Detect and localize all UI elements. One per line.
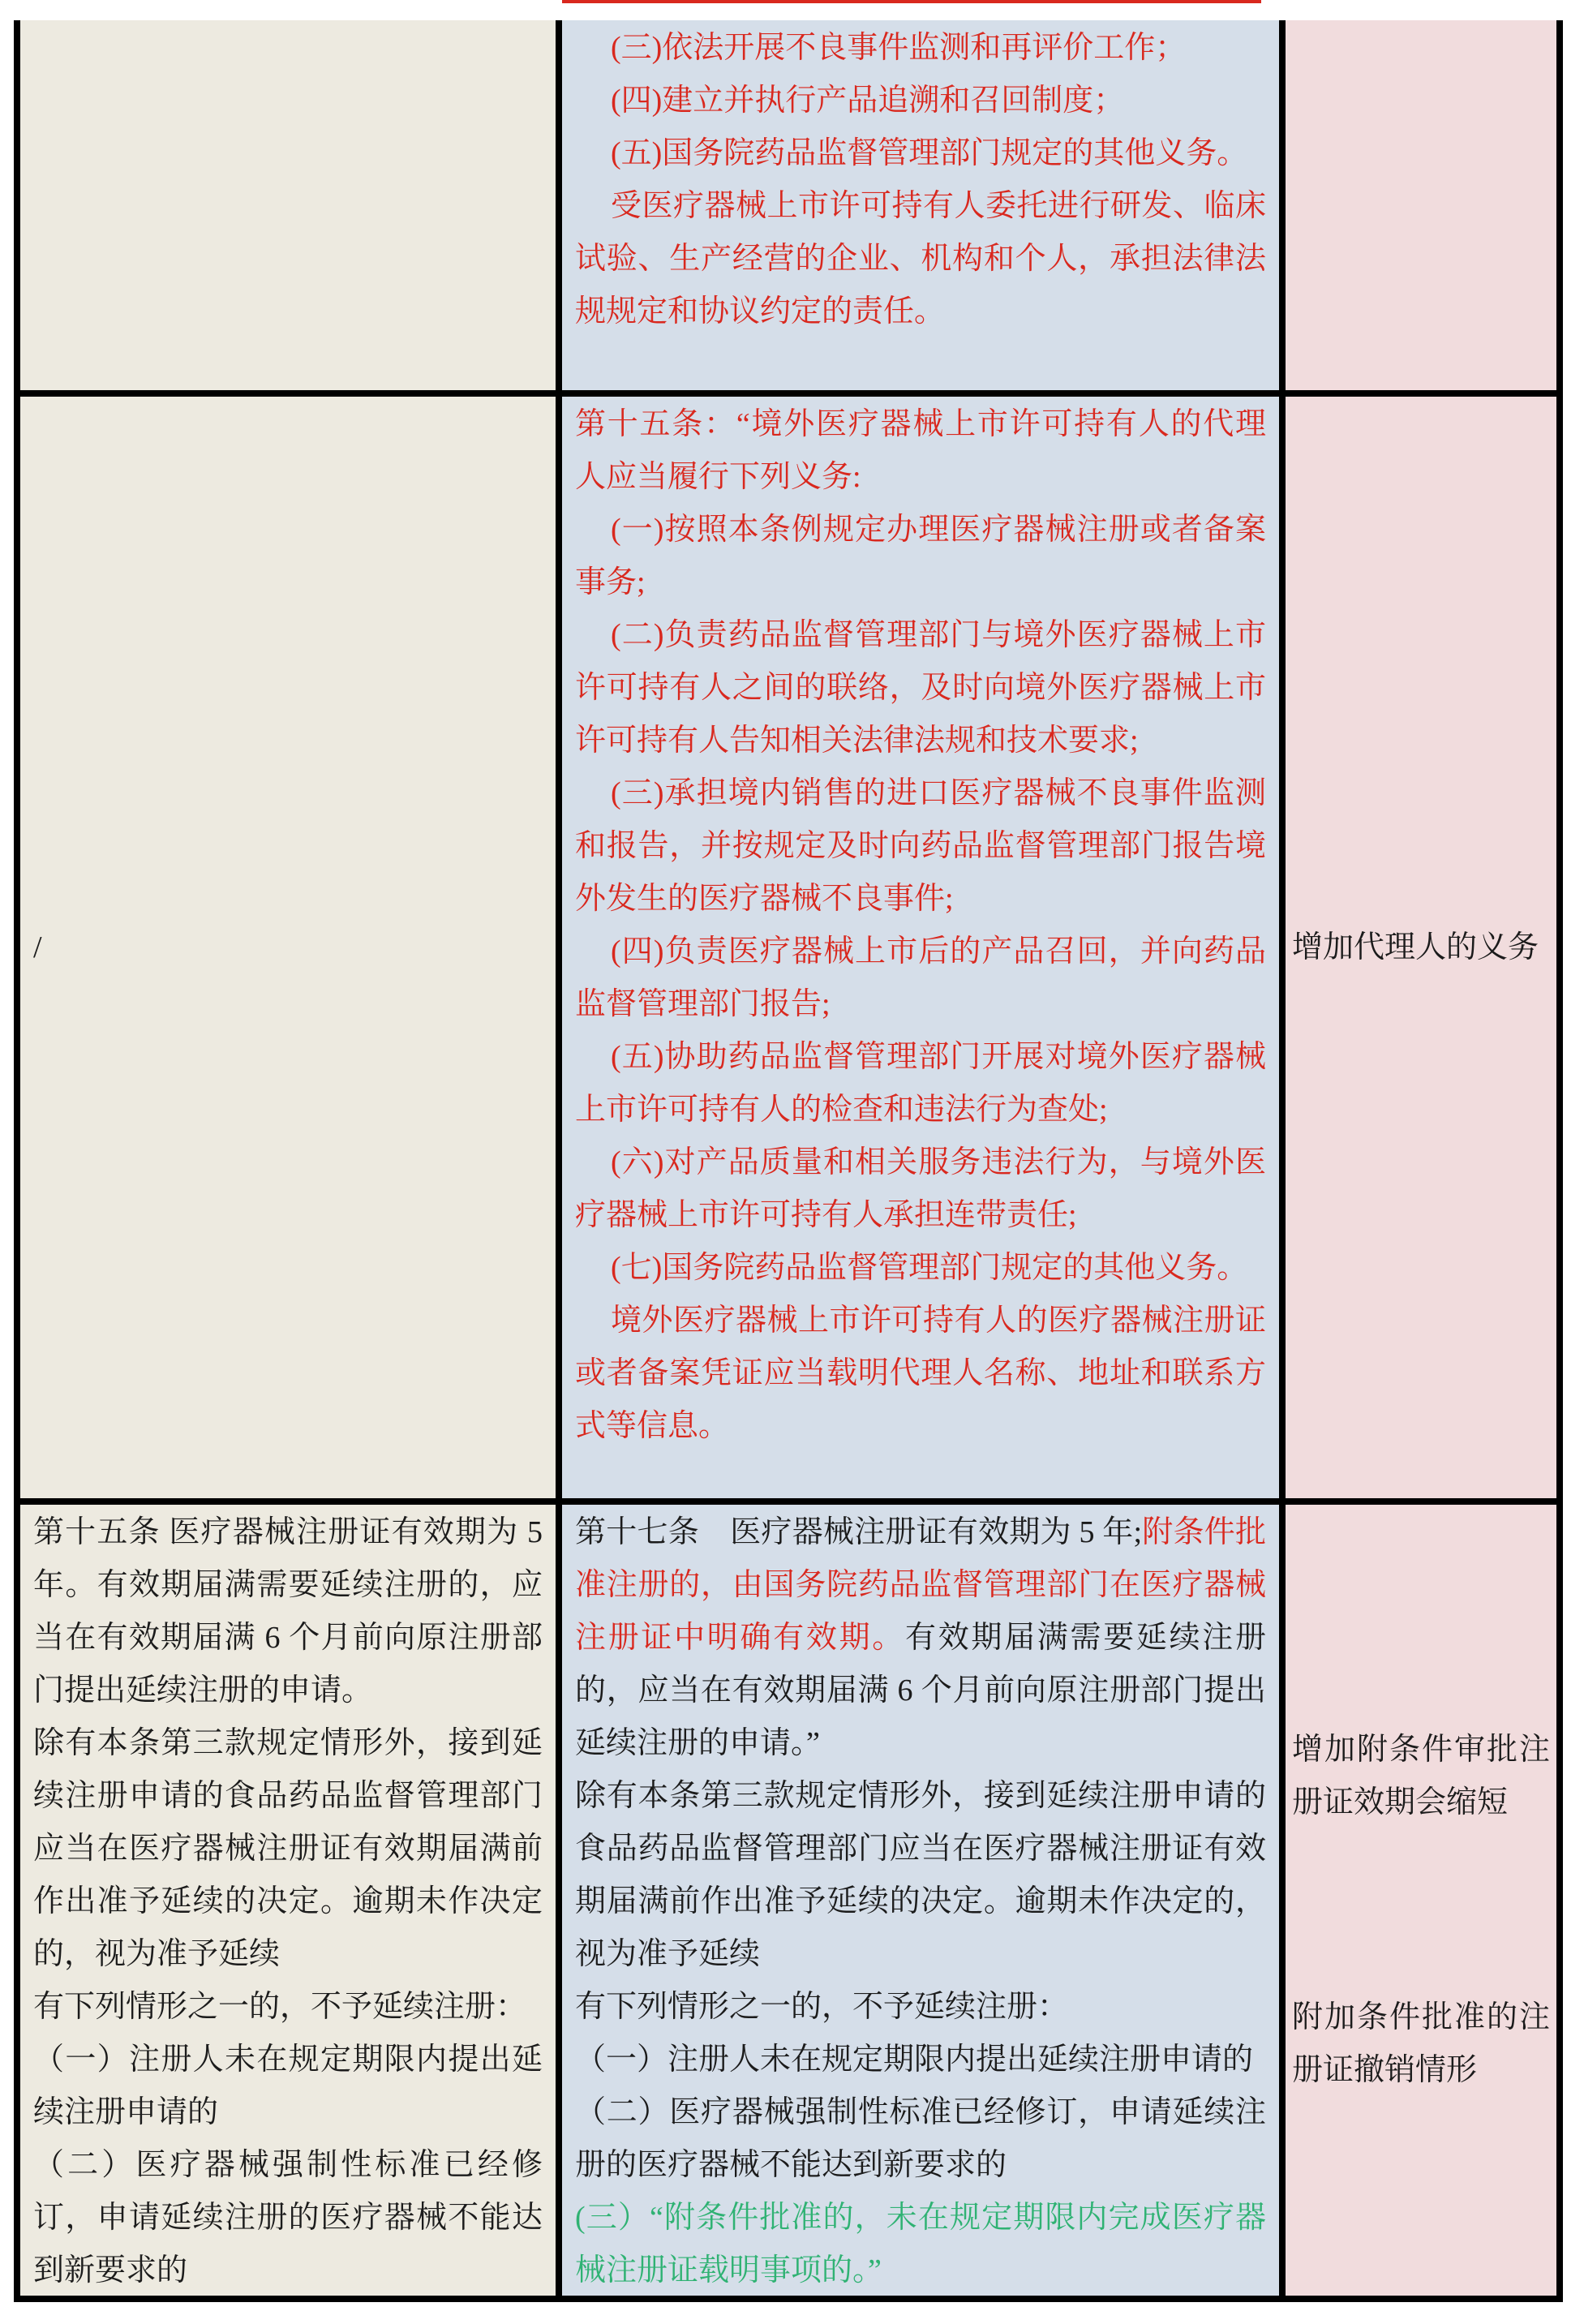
page-top-gap [0, 0, 1584, 20]
regulation-paragraph: （一）注册人未在规定期限内提出延续注册申请的 [33, 2034, 543, 2139]
regulation-paragraph: 境外医疗器械上市许可持有人的医疗器械注册证或者备案凭证应当载明代理人名称、地址和… [575, 1295, 1266, 1453]
regulation-paragraph: (五)国务院药品监督管理部门规定的其他义务。 [575, 127, 1266, 180]
regulation-paragraph: (五)协助药品监督管理部门开展对境外医疗器械上市许可持有人的检查和违法行为查处; [575, 1031, 1266, 1136]
revised-regulation-cell: 第十五条：“境外医疗器械上市许可持有人的代理人应当履行下列义务: (一)按照本条… [562, 397, 1286, 1498]
revised-regulation-cell: 第十七条 医疗器械注册证有效期为 5 年;附条件批准注册的，由国务院药品监督管理… [562, 1505, 1286, 2296]
table-row: 第十五条 医疗器械注册证有效期为 5 年。有效期届满需要延续注册的，应当在有效期… [20, 1505, 1556, 2296]
regulation-paragraph: 除有本条第三款规定情形外，接到延续注册申请的食品药品监督管理部门应当在医疗器械注… [575, 1770, 1266, 1981]
change-note-cell: 增加代理人的义务 [1286, 397, 1556, 1498]
regulation-paragraph: (四)负责医疗器械上市后的产品召回，并向药品监督管理部门报告; [575, 926, 1266, 1031]
old-regulation-cell: / [20, 397, 562, 1498]
regulation-paragraph: (二)负责药品监督管理部门与境外医疗器械上市许可持有人之间的联络，及时向境外医疗… [575, 609, 1266, 767]
regulation-comparison-table: (三)依法开展不良事件监测和再评价工作； (四)建立并执行产品追溯和召回制度； … [14, 20, 1563, 2302]
regulation-paragraph: (六)对产品质量和相关服务违法行为，与境外医疗器械上市许可持有人承担连带责任; [575, 1136, 1266, 1242]
regulation-paragraph: (三)依法开展不良事件监测和再评价工作； [575, 22, 1266, 75]
regulation-paragraph: (一)按照本条例规定办理医疗器械注册或者备案事务; [575, 504, 1266, 609]
regulation-paragraph-added: (三）“附条件批准的，未在规定期限内完成医疗器械注册证载明事项的。” [575, 2192, 1266, 2296]
regulation-paragraph: 有下列情形之一的，不予延续注册： [33, 1981, 543, 2034]
regulation-paragraph: （二）医疗器械强制性标准已经修订，申请延续注册的医疗器械不能达到新要求的 [575, 2086, 1266, 2192]
table-row: / 第十五条：“境外医疗器械上市许可持有人的代理人应当履行下列义务: (一)按照… [20, 397, 1556, 1505]
paragraph-segment: 第十七条 医疗器械注册证有效期为 5 年; [575, 1515, 1142, 1549]
change-note-cell: 增加附条件审批注册证效期会缩短 附加条件批准的注册证撤销情形 [1286, 1505, 1556, 2296]
regulation-paragraph: 除有本条第三款规定情形外，接到延续注册申请的食品药品监督管理部门应当在医疗器械注… [33, 1717, 543, 1981]
cutoff-text-remnant [562, 0, 1261, 3]
regulation-paragraph: 第十五条 医疗器械注册证有效期为 5 年。有效期届满需要延续注册的，应当在有效期… [33, 1506, 543, 1717]
table-row: (三)依法开展不良事件监测和再评价工作； (四)建立并执行产品追溯和召回制度； … [20, 20, 1556, 397]
regulation-paragraph: (七)国务院药品监督管理部门规定的其他义务。 [575, 1242, 1266, 1295]
old-regulation-cell [20, 20, 562, 390]
change-note: 附加条件批准的注册证撤销情形 [1292, 1991, 1550, 2097]
regulation-paragraph: 第十七条 医疗器械注册证有效期为 5 年;附条件批准注册的，由国务院药品监督管理… [575, 1506, 1266, 1770]
document-page: (三)依法开展不良事件监测和再评价工作； (四)建立并执行产品追溯和召回制度； … [0, 0, 1584, 2324]
regulation-paragraph: (四)建立并执行产品追溯和召回制度； [575, 75, 1266, 127]
old-regulation-cell: 第十五条 医疗器械注册证有效期为 5 年。有效期届满需要延续注册的，应当在有效期… [20, 1505, 562, 2296]
regulation-paragraph: （一）注册人未在规定期限内提出延续注册申请的 [575, 2034, 1266, 2086]
empty-cell-slash: / [33, 921, 42, 974]
revised-regulation-cell: (三)依法开展不良事件监测和再评价工作； (四)建立并执行产品追溯和召回制度； … [562, 20, 1286, 390]
change-note-cell [1286, 20, 1556, 390]
regulation-paragraph: 受医疗器械上市许可持有人委托进行研发、临床试验、生产经营的企业、机构和个人，承担… [575, 180, 1266, 338]
regulation-paragraph: 第十五条：“境外医疗器械上市许可持有人的代理人应当履行下列义务: [575, 398, 1266, 504]
regulation-paragraph: 有下列情形之一的，不予延续注册： [575, 1981, 1266, 2034]
regulation-paragraph: (三)承担境内销售的进口医疗器械不良事件监测和报告，并按规定及时向药品监督管理部… [575, 767, 1266, 926]
regulation-paragraph: （二）医疗器械强制性标准已经修订，申请延续注册的医疗器械不能达到新要求的 [33, 2139, 543, 2296]
change-note: 增加代理人的义务 [1292, 921, 1539, 974]
change-note: 增加附条件审批注册证效期会缩短 [1292, 1724, 1550, 1829]
